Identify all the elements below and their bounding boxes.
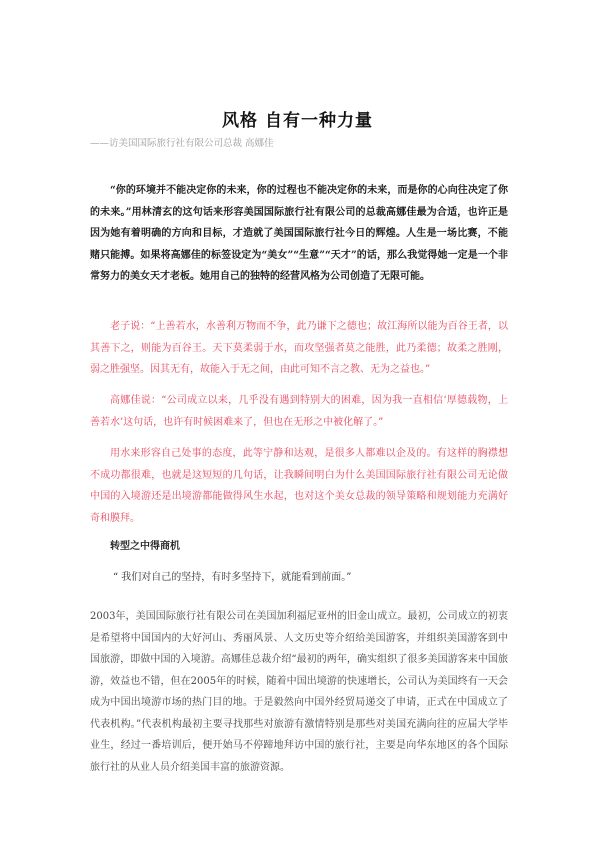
document-page: 风格 自有一种力量 ——访美国国际旅行社有限公司总裁 高娜佳 “你的环境并不能决… bbox=[0, 0, 595, 842]
page-title: 风格 自有一种力量 bbox=[0, 106, 595, 131]
body-paragraph: 2003年，美国国际旅行社有限公司在美国加利福尼亚州的旧金山成立。最初，公司成立… bbox=[90, 606, 508, 778]
intro-paragraph: “你的环境并不能决定你的未来，你的过程也不能决定你的未来，而是你的心向往决定了你… bbox=[90, 180, 508, 288]
laozi-quote-paragraph: 老子说：“上善若水，水善利万物而不争，此乃谦下之德也；故江海所以能为百谷王者，以… bbox=[90, 316, 508, 381]
section-heading: 转型之中得商机 bbox=[110, 537, 180, 552]
page-subtitle: ——访美国国际旅行社有限公司总裁 高娜佳 bbox=[90, 135, 274, 149]
reflection-paragraph: 用水来形容自己处事的态度，此等宁静和达观，是很多人都难以企及的。有这样的胸襟想不… bbox=[90, 443, 508, 529]
gao-quote-paragraph: 高娜佳说：“公司成立以来，几乎没有遇到特别大的困难，因为我一直相信‘厚德载物，上… bbox=[90, 390, 508, 433]
section-quote: “ 我们对自己的坚持，有时多坚持下，就能看到前面。” bbox=[113, 568, 351, 583]
